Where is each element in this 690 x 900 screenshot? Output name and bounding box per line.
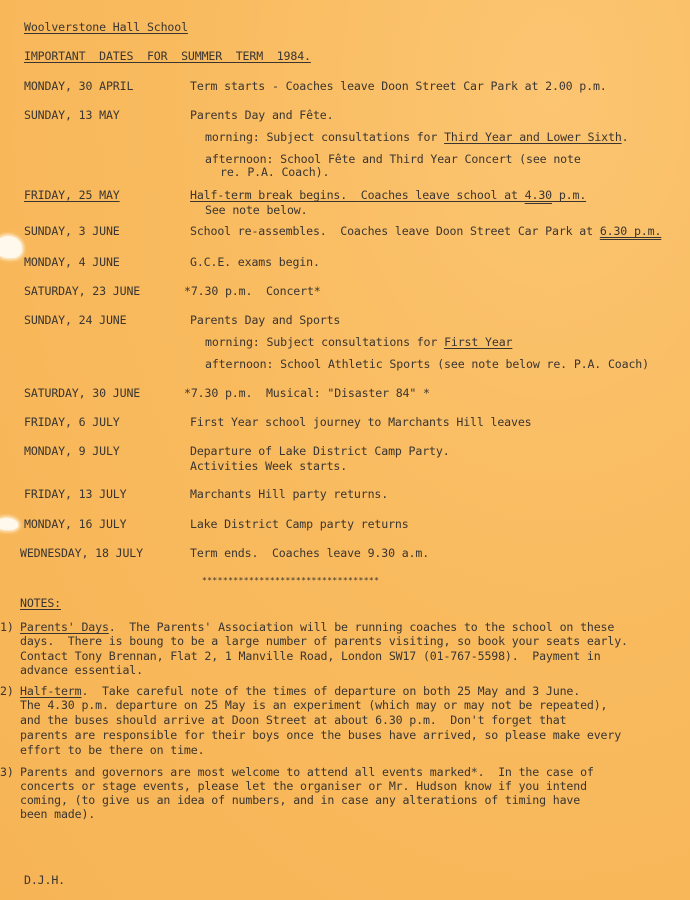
event-date: FRIDAY, 6 JULY bbox=[24, 415, 120, 429]
event-detail: afternoon: School Athletic Sports (see n… bbox=[205, 357, 649, 371]
note-text: coming, (to give us an idea of numbers, … bbox=[20, 793, 580, 807]
note-text: Parents and governors are most welcome t… bbox=[20, 765, 594, 779]
note-text: Contact Tony Brennan, Flat 2, 1 Manville… bbox=[20, 649, 601, 663]
event-text: Parents Day and Sports bbox=[190, 313, 340, 327]
event-text: School re-assembles. Coaches leave Doon … bbox=[190, 224, 661, 238]
event-date: SUNDAY, 3 JUNE bbox=[24, 224, 120, 238]
notes-heading: NOTES: bbox=[20, 596, 61, 610]
note-text: and the buses should arrive at Doon Stre… bbox=[20, 713, 566, 727]
event-detail: See note below. bbox=[205, 203, 307, 217]
event-date: MONDAY, 9 JULY bbox=[24, 444, 120, 458]
separator-asterisks: ********************************** bbox=[202, 574, 379, 588]
event-text: Activities Week starts. bbox=[190, 459, 347, 473]
school-name: Woolverstone Hall School bbox=[24, 20, 188, 34]
note-text: days. There is boung to be a large numbe… bbox=[20, 634, 628, 648]
event-date: FRIDAY, 13 JULY bbox=[24, 487, 126, 501]
event-date: SATURDAY, 23 JUNE bbox=[24, 284, 140, 298]
event-date: WEDNESDAY, 18 JULY bbox=[20, 546, 143, 560]
event-text: G.C.E. exams begin. bbox=[190, 255, 320, 269]
event-text: First Year school journey to Marchants H… bbox=[190, 415, 532, 429]
note-text: The 4.30 p.m. departure on 25 May is an … bbox=[20, 698, 607, 712]
event-text: *7.30 p.m. Musical: "Disaster 84" * bbox=[184, 386, 430, 400]
event-detail: re. P.A. Coach). bbox=[220, 165, 329, 179]
event-date: SUNDAY, 13 MAY bbox=[24, 108, 120, 122]
paper-tear bbox=[0, 518, 18, 530]
event-text: *7.30 p.m. Concert* bbox=[184, 284, 321, 298]
note-number: 2) bbox=[0, 684, 14, 698]
note-text: been made). bbox=[20, 807, 95, 821]
event-text: Term starts - Coaches leave Doon Street … bbox=[190, 79, 607, 93]
paper-tear bbox=[0, 236, 22, 258]
event-date: SATURDAY, 30 JUNE bbox=[24, 386, 140, 400]
event-detail: afternoon: School Fête and Third Year Co… bbox=[205, 152, 581, 166]
event-text: Half-term break begins. Coaches leave sc… bbox=[190, 188, 586, 202]
event-date: MONDAY, 4 JUNE bbox=[24, 255, 120, 269]
note-number: 3) bbox=[0, 765, 14, 779]
event-detail: morning: Subject consultations for First… bbox=[205, 335, 512, 349]
typed-document: Woolverstone Hall School IMPORTANT DATES… bbox=[0, 0, 690, 900]
event-date: FRIDAY, 25 MAY bbox=[24, 188, 120, 202]
signature: D.J.H. bbox=[24, 873, 65, 887]
note-number: 1) bbox=[0, 620, 14, 634]
event-date: SUNDAY, 24 JUNE bbox=[24, 313, 126, 327]
note-text: Half-term. Take careful note of the time… bbox=[20, 684, 580, 698]
note-text: Parents' Days. The Parents' Association … bbox=[20, 620, 614, 634]
page-title: IMPORTANT DATES FOR SUMMER TERM 1984. bbox=[24, 49, 311, 63]
event-text: Departure of Lake District Camp Party. bbox=[190, 444, 450, 458]
note-text: effort to be there on time. bbox=[20, 743, 204, 757]
event-date: MONDAY, 30 APRIL bbox=[24, 79, 133, 93]
note-text: concerts or stage events, please let the… bbox=[20, 779, 587, 793]
event-detail: morning: Subject consultations for Third… bbox=[205, 130, 629, 144]
note-text: parents are responsible for their boys o… bbox=[20, 728, 621, 742]
event-text: Lake District Camp party returns bbox=[190, 517, 409, 531]
event-text: Parents Day and Fête. bbox=[190, 108, 333, 122]
event-text: Marchants Hill party returns. bbox=[190, 487, 388, 501]
event-date: MONDAY, 16 JULY bbox=[24, 517, 126, 531]
note-text: advance essential. bbox=[20, 663, 143, 677]
event-text: Term ends. Coaches leave 9.30 a.m. bbox=[190, 546, 429, 560]
